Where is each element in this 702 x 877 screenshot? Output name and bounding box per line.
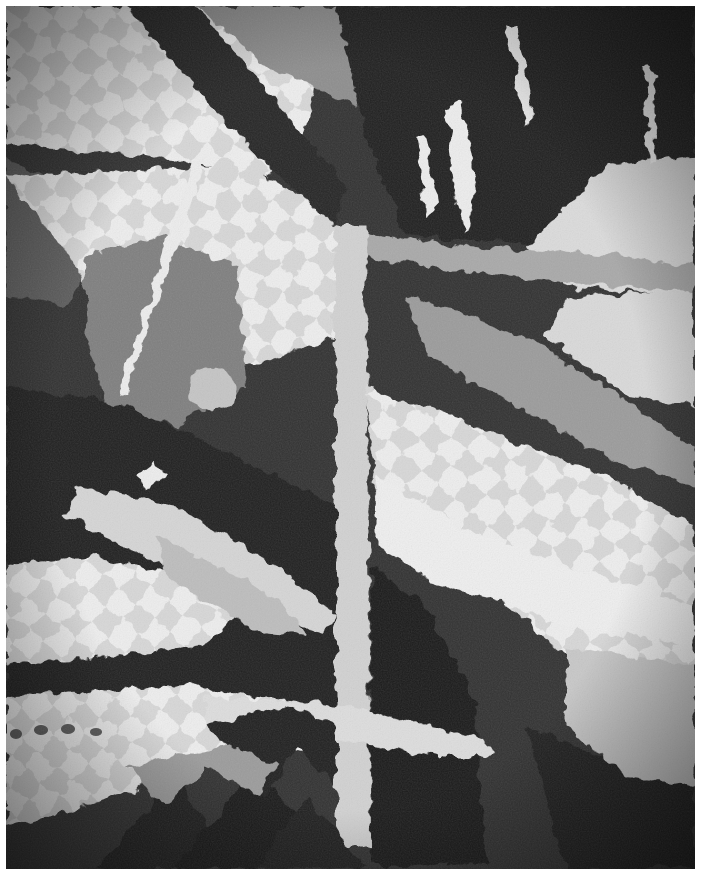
artwork-frame: Abstract grayscale grunge painting with … [6,6,695,869]
abstract-painting [6,6,695,869]
